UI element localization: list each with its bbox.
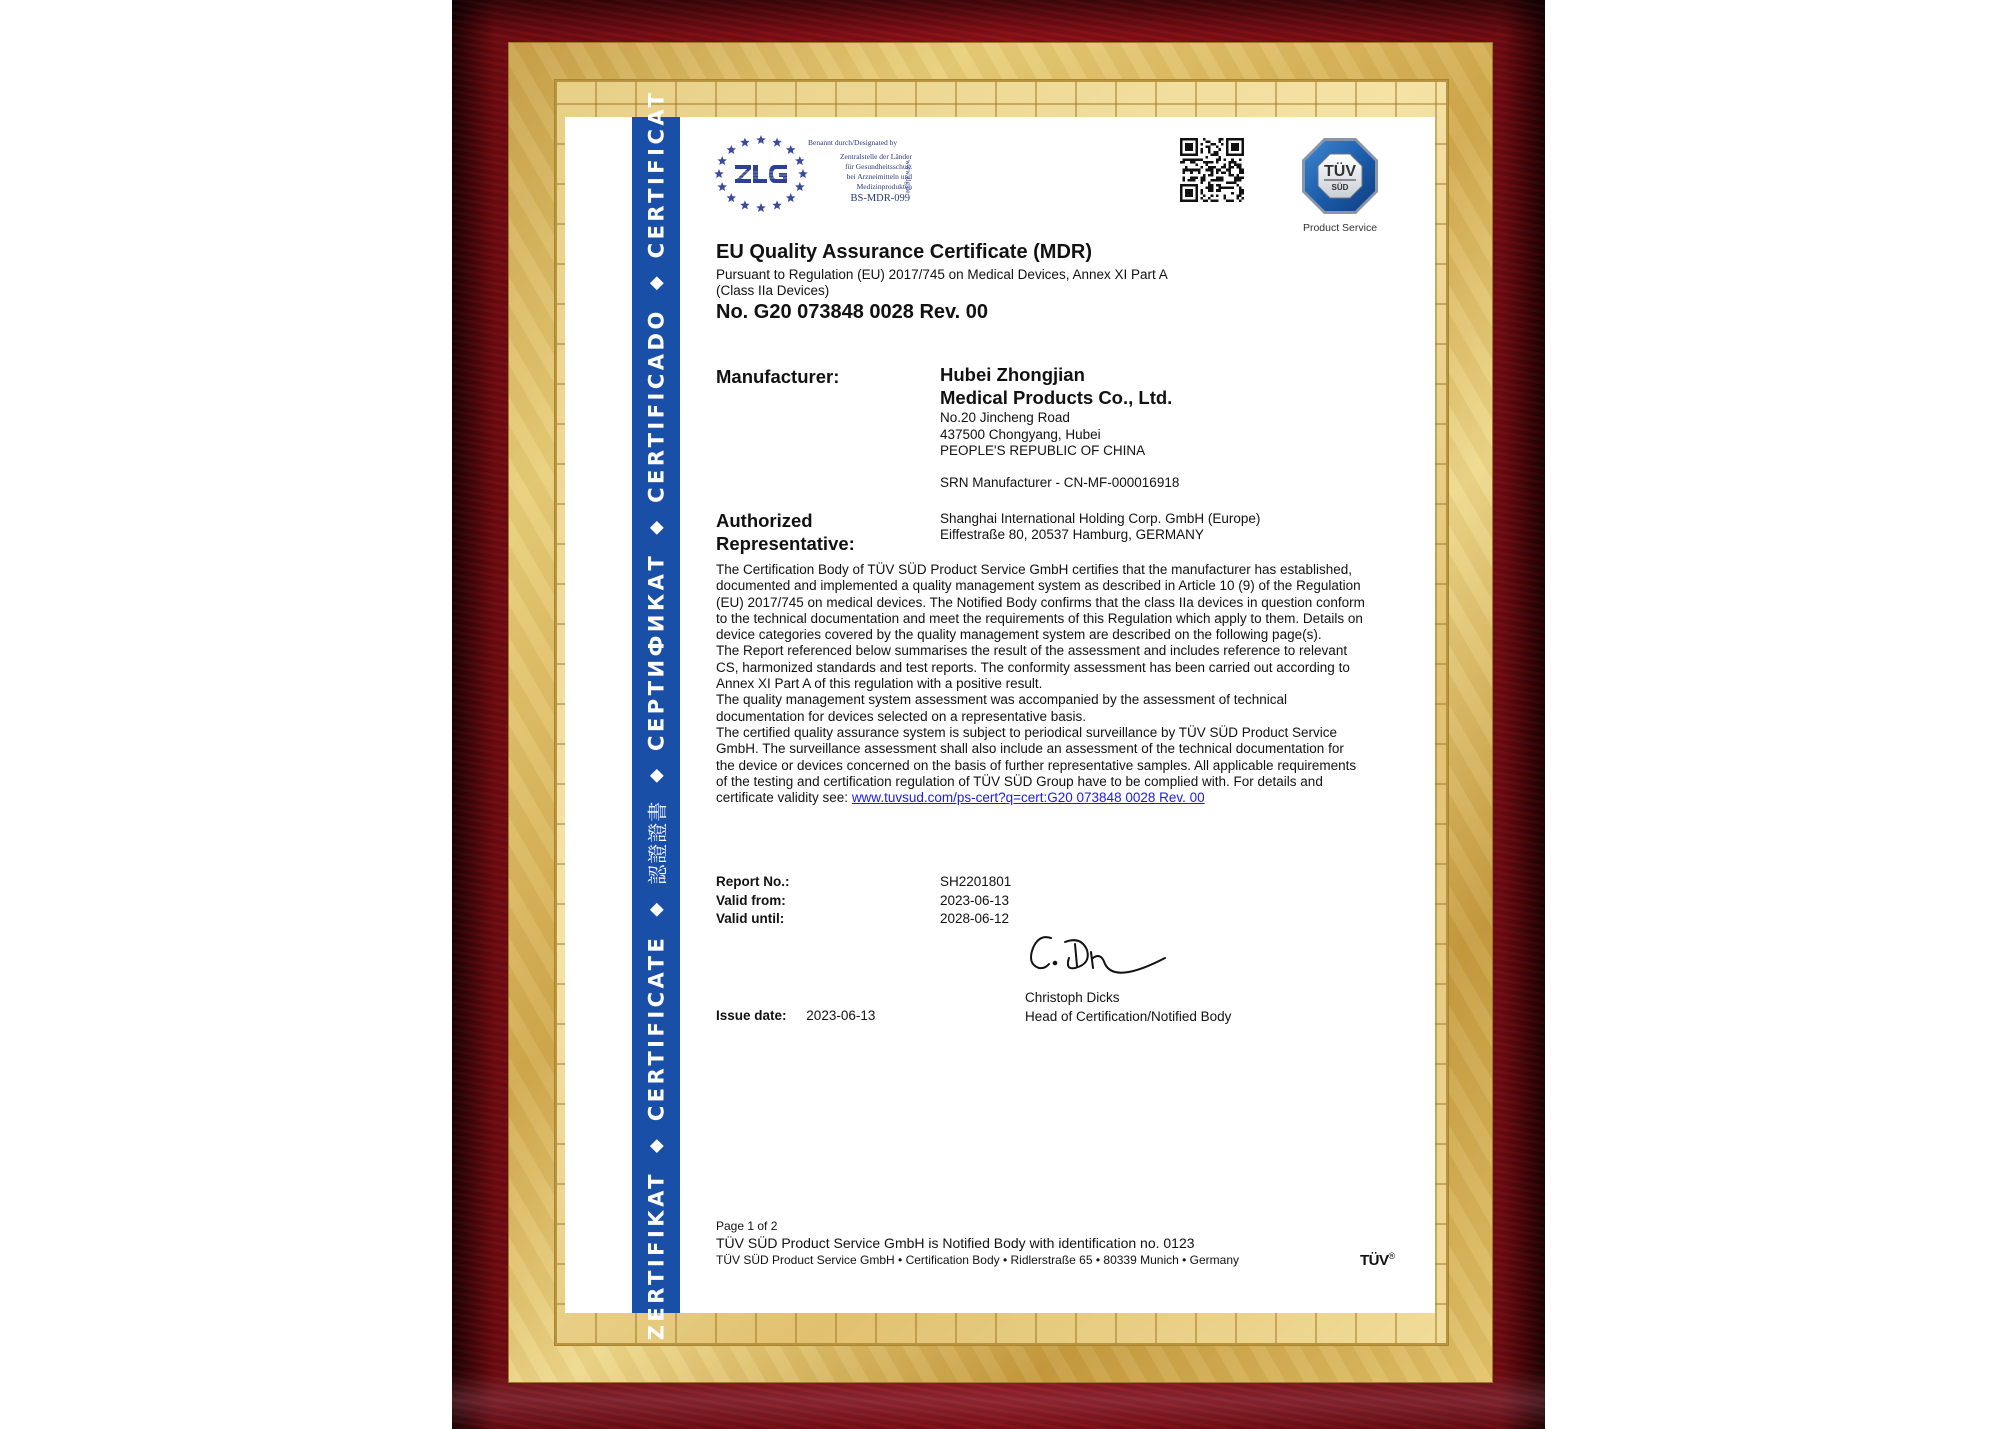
zlc-logo-icon	[713, 134, 813, 214]
zlc-org-line: Medizinprodukten	[802, 182, 912, 192]
qr-code-icon[interactable]	[1180, 138, 1244, 202]
svg-text:SÜD: SÜD	[1332, 183, 1349, 192]
subtitle-line: Pursuant to Regulation (EU) 2017/745 on …	[716, 267, 1168, 283]
notified-body-statement: TÜV SÜD Product Service GmbH is Notified…	[716, 1235, 1239, 1252]
manufacturer-srn: SRN Manufacturer - CN-MF-000016918	[940, 475, 1179, 490]
zlc-org-line: für Gesundheitsschutz	[802, 162, 912, 172]
diamond-separator-icon: ◆	[646, 903, 667, 917]
valid-until-value: 2028-06-12	[940, 910, 1009, 929]
designated-by: Benannt durch/Designated by	[802, 138, 912, 148]
zlc-code: BS-MDR-099	[802, 194, 912, 204]
page-indicator: Page 1 of 2	[716, 1218, 1239, 1235]
address-line: Shanghai International Holding Corp. Gmb…	[940, 511, 1260, 527]
authorized-rep-label-line: Representative:	[716, 532, 855, 555]
address-line: PEOPLE'S REPUBLIC OF CHINA	[940, 443, 1145, 460]
certification-body-address: TÜV SÜD Product Service GmbH • Certifica…	[716, 1252, 1239, 1269]
banner-word: 認證證書	[642, 801, 671, 885]
banner-word: CERTIFICATE	[644, 935, 668, 1121]
signatory-title: Head of Certification/Notified Body	[1025, 1008, 1231, 1027]
svg-text:TÜV: TÜV	[1324, 161, 1356, 180]
statement-paragraph: The Certification Body of TÜV SÜD Produc…	[716, 562, 1366, 643]
certificate-meta: Report No.: SH2201801 Valid from: 2023-0…	[716, 873, 1011, 929]
diamond-separator-icon: ◆	[646, 1139, 667, 1153]
zlc-designation: Benannt durch/Designated by Zentralstell…	[802, 138, 912, 204]
address-line: Eiffestraße 80, 20537 Hamburg, GERMANY	[940, 527, 1260, 543]
issue-date-value: 2023-06-13	[806, 1008, 875, 1023]
banner-word: ZERTIFIKAT	[644, 1171, 668, 1340]
certificate-number: No. G20 073848 0028 Rev. 00	[716, 301, 988, 324]
authorized-rep-address: Shanghai International Holding Corp. Gmb…	[940, 511, 1260, 543]
authorized-rep-label: Authorized Representative:	[716, 509, 855, 555]
address-line: No.20 Jincheng Road	[940, 410, 1145, 427]
manufacturer-name-line: Hubei Zhongjian	[940, 363, 1172, 386]
manufacturer-name: Hubei Zhongjian Medical Products Co., Lt…	[940, 363, 1172, 409]
authorized-rep-label-line: Authorized	[716, 509, 855, 532]
statement-paragraph: The quality management system assessment…	[716, 692, 1366, 725]
zlc-url: www.zlg.de	[904, 160, 912, 193]
valid-until-label: Valid until:	[716, 910, 940, 929]
tuv-caption: Product Service	[1290, 222, 1390, 234]
statement-paragraph: The certified quality assurance system i…	[716, 725, 1366, 806]
signatory-name: Christoph Dicks	[1025, 989, 1231, 1008]
valid-until-row: Valid until: 2028-06-12	[716, 910, 1011, 929]
tuv-mark-text: TÜV	[1360, 1252, 1389, 1269]
valid-from-row: Valid from: 2023-06-13	[716, 892, 1011, 911]
certificate-validity-link[interactable]: www.tuvsud.com/ps-cert?q=cert:G20 073848…	[852, 790, 1205, 805]
issue-date-label: Issue date:	[716, 1008, 787, 1023]
banner-word: СЕРТИФИКАТ	[644, 553, 668, 751]
manufacturer-name-line: Medical Products Co., Ltd.	[940, 386, 1172, 409]
diamond-separator-icon: ◆	[646, 276, 667, 290]
banner-text: ZERTIFIKAT◆CERTIFICATE◆認證證書◆СЕРТИФИКАТ◆C…	[642, 90, 671, 1341]
valid-from-value: 2023-06-13	[940, 892, 1009, 911]
tuv-sud-logo-icon: TÜV SÜD	[1300, 136, 1380, 216]
certificate-footer: Page 1 of 2 TÜV SÜD Product Service GmbH…	[716, 1218, 1239, 1269]
signature-icon	[1025, 928, 1170, 988]
diamond-separator-icon: ◆	[646, 769, 667, 783]
zlc-org-line: bei Arzneimitteln und	[802, 172, 912, 182]
signatory: Christoph Dicks Head of Certification/No…	[1025, 989, 1231, 1026]
tuv-trademark: TÜV®	[1360, 1251, 1395, 1269]
valid-from-label: Valid from:	[716, 892, 940, 911]
zlc-org-line: Zentralstelle der Länder	[802, 152, 912, 162]
manufacturer-label: Manufacturer:	[716, 365, 839, 388]
registered-mark: ®	[1389, 1251, 1395, 1261]
certificate-subtitle: Pursuant to Regulation (EU) 2017/745 on …	[716, 267, 1168, 299]
diamond-separator-icon: ◆	[646, 521, 667, 535]
subtitle-line: (Class IIa Devices)	[716, 283, 1168, 299]
report-number-value: SH2201801	[940, 873, 1011, 892]
multilingual-banner: ZERTIFIKAT◆CERTIFICATE◆認證證書◆СЕРТИФИКАТ◆C…	[632, 117, 680, 1313]
banner-word: CERTIFICAT	[644, 90, 668, 259]
report-number-row: Report No.: SH2201801	[716, 873, 1011, 892]
manufacturer-address: No.20 Jincheng Road 437500 Chongyang, Hu…	[940, 410, 1145, 460]
address-line: 437500 Chongyang, Hubei	[940, 427, 1145, 444]
certification-statement: The Certification Body of TÜV SÜD Produc…	[716, 562, 1366, 806]
banner-word: CERTIFICADO	[644, 308, 668, 503]
statement-paragraph: The Report referenced below summarises t…	[716, 643, 1366, 692]
report-number-label: Report No.:	[716, 873, 940, 892]
certificate-title: EU Quality Assurance Certificate (MDR)	[716, 241, 1092, 264]
issue-date: Issue date: 2023-06-13	[716, 1008, 875, 1023]
